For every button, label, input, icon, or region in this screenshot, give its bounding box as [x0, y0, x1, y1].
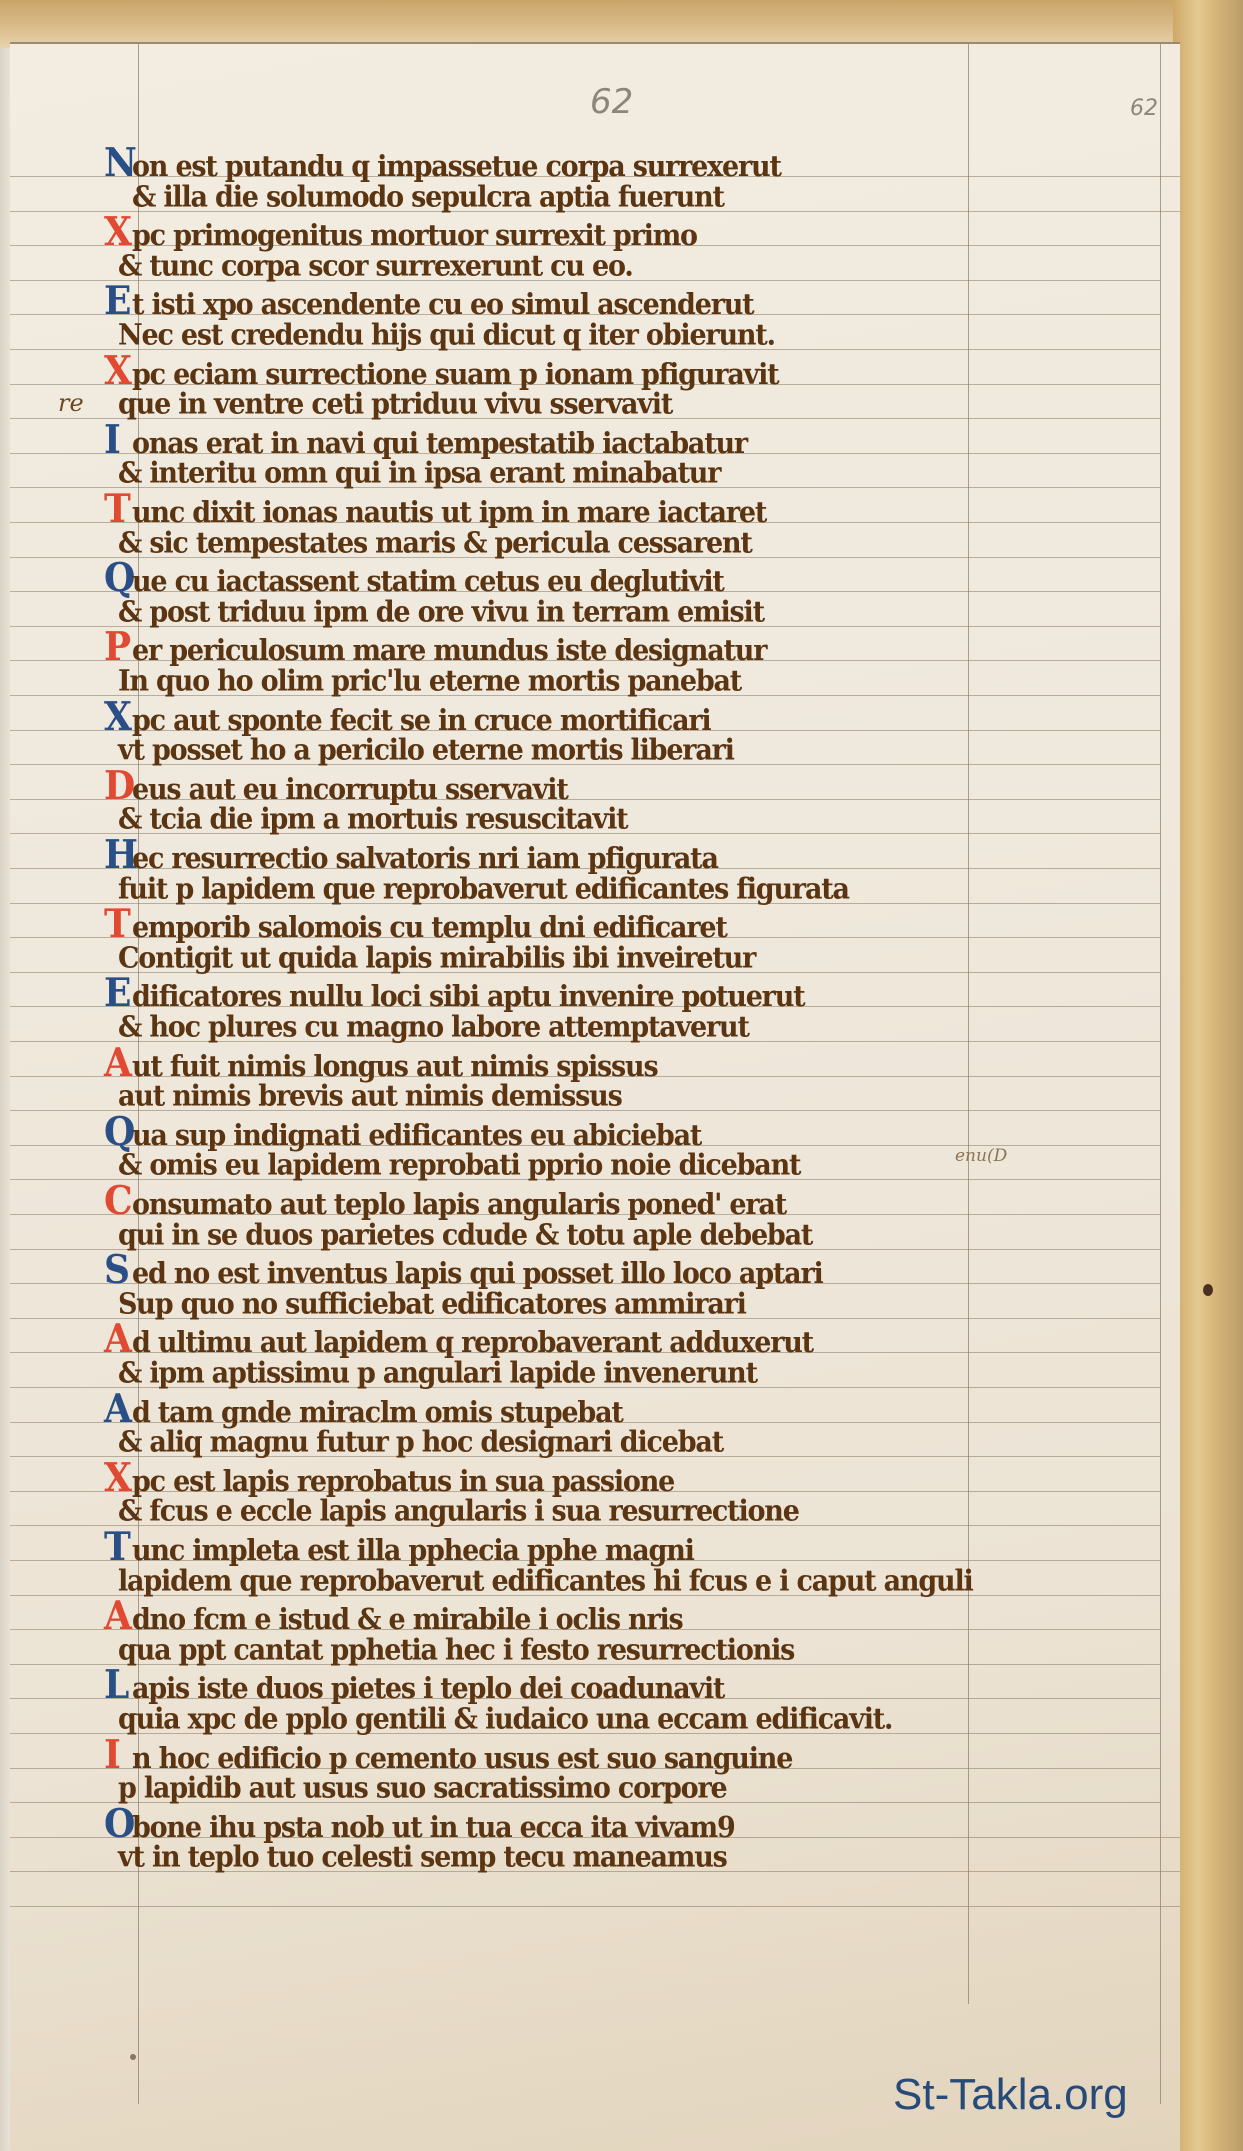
line-text: fuit p lapidem que reprobaverut edifican…: [118, 872, 849, 905]
text-line: que in ventre ceti ptriduu vivu sservavi…: [118, 387, 672, 424]
text-line: Temporib salomois cu templu dni edificar…: [118, 906, 727, 943]
decorated-initial: A: [104, 1044, 130, 1081]
text-line: Ad tam gnde miraclm omis stupebat: [118, 1390, 623, 1427]
text-line: Per periculosum mare mundus iste designa…: [118, 629, 766, 666]
decorated-initial: T: [104, 491, 130, 528]
text-line: Et isti xpo ascendente cu eo simul ascen…: [118, 283, 753, 320]
line-text: lapidem que reprobaverut edificantes hi …: [118, 1564, 973, 1597]
text-line: Sup quo no sufficiebat edificatores ammi…: [118, 1286, 746, 1323]
text-line: Xpc est lapis reprobatus in sua passione: [118, 1459, 674, 1496]
line-text: & interitu omn qui in ipsa erant minabat…: [118, 457, 720, 490]
text-line: In hoc edificio p cemento usus est suo s…: [118, 1736, 792, 1773]
decorated-initial: P: [104, 629, 130, 666]
text-line: & tcia die ipm a mortuis resuscitavit: [118, 802, 627, 839]
text-line: Hec resurrectio salvatoris nri iam pfigu…: [118, 837, 718, 874]
text-line: Sed no est inventus lapis qui posset ill…: [118, 1252, 823, 1289]
decorated-initial: A: [104, 1321, 130, 1358]
decorated-initial: I: [104, 1736, 130, 1773]
text-line: & illa die solumodo sepulcra aptia fueru…: [118, 179, 724, 216]
line-text: & hoc plures cu magno labore attemptaver…: [118, 1011, 749, 1044]
decorated-initial: E: [104, 283, 130, 320]
text-line: Xpc primogenitus mortuor surrexit primo: [118, 214, 697, 251]
line-text: & illa die solumodo sepulcra aptia fueru…: [132, 180, 724, 213]
line-text: ec resurrectio salvatoris nri iam pfigur…: [132, 842, 718, 875]
decorated-initial: I: [104, 421, 130, 458]
decorated-initial: Q: [104, 560, 130, 597]
line-text: & sic tempestates maris & pericula cessa…: [118, 526, 752, 559]
text-line: & hoc plures cu magno labore attemptaver…: [118, 1010, 749, 1047]
decorated-initial: X: [104, 352, 130, 389]
text-right-rule: [968, 44, 969, 2004]
outer-right-rule: [1160, 44, 1161, 2104]
folio-number-center: 62: [590, 82, 633, 122]
text-line: Ad ultimu aut lapidem q reprobaverant ad…: [118, 1321, 813, 1358]
decorated-initial: A: [104, 1598, 130, 1635]
decorated-initial: N: [104, 145, 130, 182]
text-line: qui in se duos parietes cdude & totu apl…: [118, 1217, 812, 1254]
decorated-initial: X: [104, 698, 130, 735]
line-text: Sup quo no sufficiebat edificatores ammi…: [118, 1288, 746, 1321]
text-line: & omis eu lapidem reprobati pprio noie d…: [118, 1148, 800, 1185]
text-line: & fcus e eccle lapis angularis i sua res…: [118, 1494, 799, 1531]
line-text: p lapidib aut usus suo sacratissimo corp…: [118, 1772, 726, 1805]
decorated-initial: Q: [104, 1113, 130, 1150]
text-line: Aut fuit nimis longus aut nimis spissus: [118, 1044, 657, 1081]
ink-stain: [1203, 1284, 1213, 1296]
text-line: Qua sup indignati edificantes eu abicieb…: [118, 1113, 701, 1150]
text-line: Consumato aut teplo lapis angularis pone…: [118, 1183, 786, 1220]
text-line: qua ppt cantat pphetia hec i festo resur…: [118, 1632, 794, 1669]
line-text: In quo ho olim pric'lu eterne mortis pan…: [118, 665, 741, 698]
text-line: Edificatores nullu loci sibi aptu inveni…: [118, 975, 804, 1012]
line-text: quia xpc de pplo gentili & iudaico una e…: [118, 1703, 892, 1736]
text-line: Que cu iactassent statim cetus eu deglut…: [118, 560, 724, 597]
line-text: & aliq magnu futur p hoc designari diceb…: [118, 1426, 723, 1459]
line-text: & tunc corpa scor surrexerunt cu eo.: [118, 250, 633, 283]
text-line: & tunc corpa scor surrexerunt cu eo.: [118, 248, 633, 285]
decorated-initial: H: [104, 837, 130, 874]
decorated-initial: S: [104, 1252, 130, 1289]
decorated-initial: L: [104, 1667, 130, 1704]
folio-number-right: 62: [1130, 96, 1158, 121]
text-line: & interitu omn qui in ipsa erant minabat…: [118, 456, 720, 493]
text-line: Tunc dixit ionas nautis ut ipm in mare i…: [118, 491, 766, 528]
line-text: vt posset ho a pericilo eterne mortis li…: [118, 734, 734, 767]
text-line: Xpc aut sponte fecit se in cruce mortifi…: [118, 698, 710, 735]
line-text: on est putandu q impassetue corpa surrex…: [132, 150, 781, 183]
text-line: Ionas erat in navi qui tempestatib iacta…: [118, 421, 747, 458]
decorated-initial: O: [104, 1805, 130, 1842]
watermark-text: St-Takla.org: [893, 2070, 1128, 2120]
text-line: Deus aut eu incorruptu sservavit: [118, 767, 568, 804]
text-line: lapidem que reprobaverut edificantes hi …: [118, 1563, 973, 1600]
text-line: vt posset ho a pericilo eterne mortis li…: [118, 733, 734, 770]
decorated-initial: T: [104, 906, 130, 943]
right-margin-note: enu(D: [955, 1146, 1007, 1166]
text-line: & post triduu ipm de ore vivu in terram …: [118, 594, 764, 631]
text-line: Tunc impleta est illa pphecia pphe magni: [118, 1529, 694, 1566]
line-text: & tcia die ipm a mortuis resuscitavit: [118, 803, 627, 836]
line-text: & ipm aptissimu p angulari lapide invene…: [118, 1357, 757, 1390]
right-binding-border: [1173, 0, 1243, 2151]
line-text: unc impleta est illa pphecia pphe magni: [132, 1534, 694, 1567]
text-line: & aliq magnu futur p hoc designari diceb…: [118, 1425, 723, 1462]
text-line: Lapis iste duos pietes i teplo dei coadu…: [118, 1667, 724, 1704]
text-line: In quo ho olim pric'lu eterne mortis pan…: [118, 664, 741, 701]
line-text: & post triduu ipm de ore vivu in terram …: [118, 596, 764, 629]
decorated-initial: X: [104, 214, 130, 251]
line-text: Contigit ut quida lapis mirabilis ibi in…: [118, 942, 755, 975]
line-text: & fcus e eccle lapis angularis i sua res…: [118, 1495, 799, 1528]
line-text: qua ppt cantat pphetia hec i festo resur…: [118, 1634, 794, 1667]
text-line: vt in teplo tuo celesti semp tecu maneam…: [118, 1840, 727, 1877]
decorated-initial: A: [104, 1390, 130, 1427]
left-margin-note: re: [58, 389, 84, 417]
line-text: Nec est credendu hijs qui dicut q iter o…: [118, 319, 775, 352]
line-text: que in ventre ceti ptriduu vivu sservavi…: [118, 388, 672, 421]
text-line: p lapidib aut usus suo sacratissimo corp…: [118, 1771, 726, 1808]
ruled-line: [10, 1906, 1180, 1907]
text-line: Nec est credendu hijs qui dicut q iter o…: [118, 318, 775, 355]
line-text: onsumato aut teplo lapis angularis poned…: [132, 1188, 786, 1221]
line-text: vt in teplo tuo celesti semp tecu maneam…: [118, 1841, 727, 1874]
text-line: Non est putandu q impassetue corpa surre…: [118, 145, 781, 182]
text-line: Xpc eciam surrectione suam p ionam pfigu…: [118, 352, 778, 389]
top-binding-border: [0, 0, 1243, 48]
text-line: & sic tempestates maris & pericula cessa…: [118, 525, 752, 562]
text-line: fuit p lapidem que reprobaverut edifican…: [118, 871, 849, 908]
decorated-initial: T: [104, 1529, 130, 1566]
decorated-initial: E: [104, 975, 130, 1012]
text-line: Adno fcm e istud & e mirabile i oclis nr…: [118, 1598, 683, 1635]
line-text: & omis eu lapidem reprobati pprio noie d…: [118, 1149, 800, 1182]
line-text: aut nimis brevis aut nimis demissus: [118, 1080, 622, 1113]
text-line: aut nimis brevis aut nimis demissus: [118, 1079, 622, 1116]
decorated-initial: C: [104, 1183, 130, 1220]
text-line: & ipm aptissimu p angulari lapide invene…: [118, 1356, 757, 1393]
decorated-initial: D: [104, 767, 130, 804]
text-line: Contigit ut quida lapis mirabilis ibi in…: [118, 940, 755, 977]
decorated-initial: X: [104, 1459, 130, 1496]
text-line: quia xpc de pplo gentili & iudaico una e…: [118, 1702, 892, 1739]
text-line: Obone ihu psta nob ut in tua ecca ita vi…: [118, 1805, 735, 1842]
ink-dot: [130, 2054, 136, 2060]
line-text: unc dixit ionas nautis ut ipm in mare ia…: [132, 496, 766, 529]
manuscript-page: 62 62 re enu(D Non est putandu q impasse…: [10, 42, 1180, 2151]
line-text: qui in se duos parietes cdude & totu apl…: [118, 1218, 812, 1251]
